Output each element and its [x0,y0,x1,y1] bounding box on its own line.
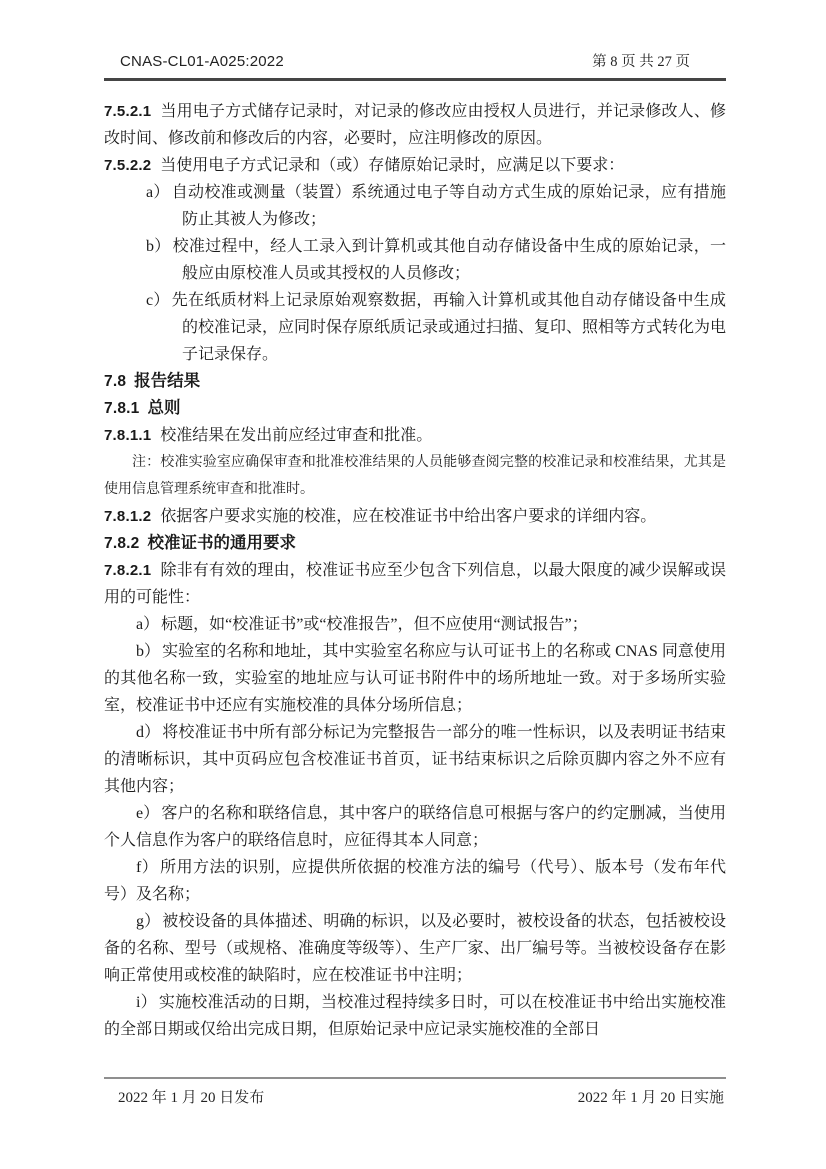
clause-text: 校准结果在发出前应经过审查和批准。 [160,427,432,444]
list-text: 所用方法的识别，应提供所依据的校准方法的编号（代号）、版本号（发布年代号）及名称… [104,859,726,903]
list-text: 标题，如“校准证书”或“校准报告”，但不应使用“测试报告”； [161,616,588,633]
list-text: 自动校准或测量（装置）系统通过电子等自动方式生成的原始记录，应有措施防止其被人为… [172,184,726,228]
header-rule [104,78,726,81]
section-heading-7-8-2: 7.8.2校准证书的通用要求 [104,530,726,557]
clause-7-8-1-1: 7.8.1.1校准结果在发出前应经过审查和批准。 [104,422,726,449]
clause-number: 7.5.2.1 [104,103,151,120]
list-marker: b） [146,238,171,255]
list-text: 客户的名称和联络信息，其中客户的联络信息可根据与客户的约定删减，当使用个人信息作… [104,805,726,849]
list-marker: e） [136,805,159,822]
heading-number: 7.8.1 [104,400,139,417]
section-heading-7-8: 7.8报告结果 [104,368,726,395]
cert-item-f: f）所用方法的识别，应提供所依据的校准方法的编号（代号）、版本号（发布年代号）及… [104,854,726,908]
cert-item-a: a）标题，如“校准证书”或“校准报告”，但不应使用“测试报告”； [104,611,726,638]
page-number-info: 第 8 页 共 27 页 [592,50,690,71]
document-page: CNAS-CL01-A025:2022 第 8 页 共 27 页 7.5.2.1… [0,0,826,1169]
cert-item-b: b）实验室的名称和地址，其中实验室名称应与认可证书上的名称或 CNAS 同意使用… [104,638,726,719]
clause-7-8-2-1: 7.8.2.1除非有有效的理由，校准证书应至少包含下列信息，以最大限度的减少误解… [104,557,726,611]
list-item-a: a）自动校准或测量（装置）系统通过电子等自动方式生成的原始记录，应有措施防止其被… [104,179,726,233]
heading-number: 7.8.2 [104,535,139,552]
heading-text: 总则 [147,399,180,417]
list-marker: a） [136,616,159,633]
list-text: 实验室的名称和地址，其中实验室名称应与认可证书上的名称或 CNAS 同意使用的其… [104,643,726,714]
list-item-c: c）先在纸质材料上记录原始观察数据，再输入计算机或其他自动存储设备中生成的校准记… [104,287,726,368]
list-marker: c） [146,292,170,309]
heading-text: 校准证书的通用要求 [147,534,296,552]
clause-text: 依据客户要求实施的校准，应在校准证书中给出客户要求的详细内容。 [160,508,656,525]
clause-number: 7.8.1.1 [104,427,151,444]
heading-text: 报告结果 [134,372,200,390]
cert-item-d: d）将校准证书中所有部分标记为完整报告一部分的唯一性标识，以及表明证书结束的清晰… [104,719,726,800]
footer-implement-date: 2022 年 1 月 20 日实施 [578,1086,724,1107]
clause-number: 7.8.2.1 [104,562,151,579]
list-text: 实施校准活动的日期，当校准过程持续多日时，可以在校准证书中给出实施校准的全部日期… [104,994,726,1038]
list-text: 先在纸质材料上记录原始观察数据，再输入计算机或其他自动存储设备中生成的校准记录，… [172,292,726,363]
list-marker: f） [136,859,158,876]
clause-text: 当使用电子方式记录和（或）存储原始记录时，应满足以下要求： [160,157,624,174]
cert-item-e: e）客户的名称和联络信息，其中客户的联络信息可根据与客户的约定删减，当使用个人信… [104,800,726,854]
footer-release-date: 2022 年 1 月 20 日发布 [118,1086,264,1107]
list-marker: b） [136,643,160,660]
document-body: 7.5.2.1当用电子方式储存记录时，对记录的修改应由授权人员进行，并记录修改人… [104,98,726,1043]
list-marker: g） [136,913,160,930]
clause-text: 当用电子方式储存记录时，对记录的修改应由授权人员进行，并记录修改人、修改时间、修… [104,103,726,147]
clause-7-8-1-2: 7.8.1.2依据客户要求实施的校准，应在校准证书中给出客户要求的详细内容。 [104,503,726,530]
document-code: CNAS-CL01-A025:2022 [120,53,284,70]
list-marker: d） [136,724,160,741]
section-heading-7-8-1: 7.8.1总则 [104,395,726,422]
list-item-b: b）校准过程中，经人工录入到计算机或其他自动存储设备中生成的原始记录，一般应由原… [104,233,726,287]
clause-7-5-2-1: 7.5.2.1当用电子方式储存记录时，对记录的修改应由授权人员进行，并记录修改人… [104,98,726,152]
page-header: CNAS-CL01-A025:2022 第 8 页 共 27 页 [104,0,726,81]
cert-item-g: g）被校设备的具体描述、明确的标识，以及必要时，被校设备的状态，包括被校设备的名… [104,908,726,989]
note-paragraph: 注：校准实验室应确保审查和批准校准结果的人员能够查阅完整的校准记录和校准结果，尤… [104,449,726,503]
clause-text: 除非有有效的理由，校准证书应至少包含下列信息，以最大限度的减少误解或误用的可能性… [104,562,726,606]
list-text: 校准过程中，经人工录入到计算机或其他自动存储设备中生成的原始记录，一般应由原校准… [173,238,726,282]
clause-7-5-2-2: 7.5.2.2当使用电子方式记录和（或）存储原始记录时，应满足以下要求： [104,152,726,179]
list-text: 被校设备的具体描述、明确的标识，以及必要时，被校设备的状态，包括被校设备的名称、… [104,913,726,984]
clause-number: 7.8.1.2 [104,508,151,525]
heading-number: 7.8 [104,373,126,390]
list-marker: i） [136,994,157,1011]
list-text: 将校准证书中所有部分标记为完整报告一部分的唯一性标识，以及表明证书结束的清晰标识… [104,724,726,795]
cert-item-i: i）实施校准活动的日期，当校准过程持续多日时，可以在校准证书中给出实施校准的全部… [104,989,726,1043]
page-footer: 2022 年 1 月 20 日发布 2022 年 1 月 20 日实施 [104,1077,726,1107]
clause-number: 7.5.2.2 [104,157,151,174]
list-marker: a） [146,184,170,201]
